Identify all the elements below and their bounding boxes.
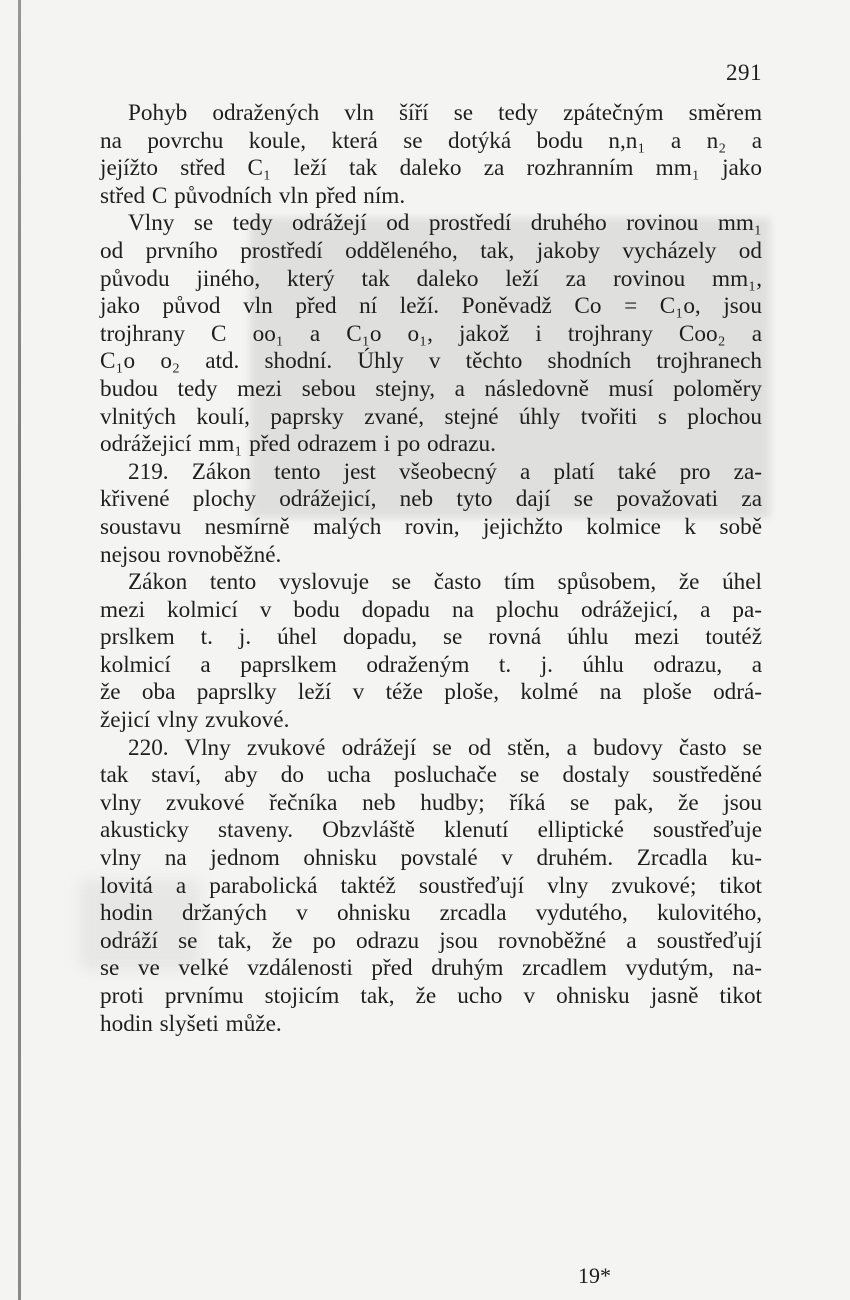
text-line: se ve velké vzdálenosti před druhým zrca… (100, 955, 762, 983)
text-line: soustavu nesmírně malých rovin, jejichžt… (100, 514, 762, 542)
paragraph-1: Pohyb odražených vln šíří se tedy zpáteč… (100, 100, 762, 210)
paragraph-law-statement: Zákon tento vyslovuje se často tím spůso… (100, 569, 762, 735)
text-line: Zákon tento vyslovuje se často tím spůso… (100, 569, 762, 597)
text-line: lovitá a parabolická taktéž soustřeďují … (100, 873, 762, 901)
text-line: hodin slyšeti může. (100, 1011, 762, 1039)
text-line: Pohyb odražených vln šíří se tedy zpáteč… (100, 100, 762, 128)
text-line: jejížto střed C₁ leží tak daleko za rozh… (100, 155, 762, 183)
text-line: střed C původních vln před ním. (100, 183, 762, 211)
text-line: odráží se tak, že po odrazu jsou rovnobě… (100, 928, 762, 956)
paragraph-219: 219. Zákon tento jest všeobecný a platí … (100, 459, 762, 569)
text-line: vlny na jednom ohnisku povstalé v druhém… (100, 845, 762, 873)
text-line: prslkem t. j. úhel dopadu, se rovná úhlu… (100, 624, 762, 652)
signature-mark: 19* (578, 1263, 611, 1289)
text-line: mezi kolmicí v bodu dopadu na plochu odr… (100, 597, 762, 625)
text-line: nejsou rovnoběžné. (100, 542, 762, 570)
text-line: 220. Vlny zvukové odrážejí se od stěn, a… (100, 735, 762, 763)
text-line: že oba paprslky leží v téže ploše, kolmé… (100, 679, 762, 707)
text-line: žejicí vlny zvukové. (100, 707, 762, 735)
text-line: od prvního prostředí odděleného, tak, ja… (100, 238, 762, 266)
text-line: proti prvnímu stojicím tak, že ucho v oh… (100, 983, 762, 1011)
text-line: C₁o o₂ atd. shodní. Úhly v těchto shodní… (100, 348, 762, 376)
text-line: budou tedy mezi sebou stejny, a následov… (100, 376, 762, 404)
body-text: Pohyb odražených vln šíří se tedy zpáteč… (100, 100, 762, 1038)
paragraph-220: 220. Vlny zvukové odrážejí se od stěn, a… (100, 735, 762, 1039)
text-line: křivené plochy odrážejicí, neb tyto dají… (100, 486, 762, 514)
page-binding-edge (18, 0, 21, 1300)
page-number: 291 (726, 60, 762, 86)
text-line: hodin držaných v ohnisku zrcadla vydutéh… (100, 900, 762, 928)
text-line: na povrchu koule, která se dotýká bodu n… (100, 128, 762, 156)
paragraph-2: Vlny se tedy odrážejí od prostředí druhé… (100, 210, 762, 458)
text-line: Vlny se tedy odrážejí od prostředí druhé… (100, 210, 762, 238)
text-line: kolmicí a paprslkem odraženým t. j. úhlu… (100, 652, 762, 680)
text-line: původu jiného, který tak daleko leží za … (100, 266, 762, 294)
text-line: tak staví, aby do ucha posluchače se dos… (100, 762, 762, 790)
text-line: odrážejicí mm₁ před odrazem i po odrazu. (100, 431, 762, 459)
text-line: vlny zvukové řečníka neb hudby; říká se … (100, 790, 762, 818)
text-line: 219. Zákon tento jest všeobecný a platí … (100, 459, 762, 487)
text-line: jako původ vln před ní leží. Poněvadž Co… (100, 293, 762, 321)
text-line: trojhrany C oo₁ a C₁o o₁, jakož i trojhr… (100, 321, 762, 349)
text-line: akusticky staveny. Obzvláště klenutí ell… (100, 817, 762, 845)
text-line: vlnitých koulí, paprsky zvané, stejné úh… (100, 404, 762, 432)
